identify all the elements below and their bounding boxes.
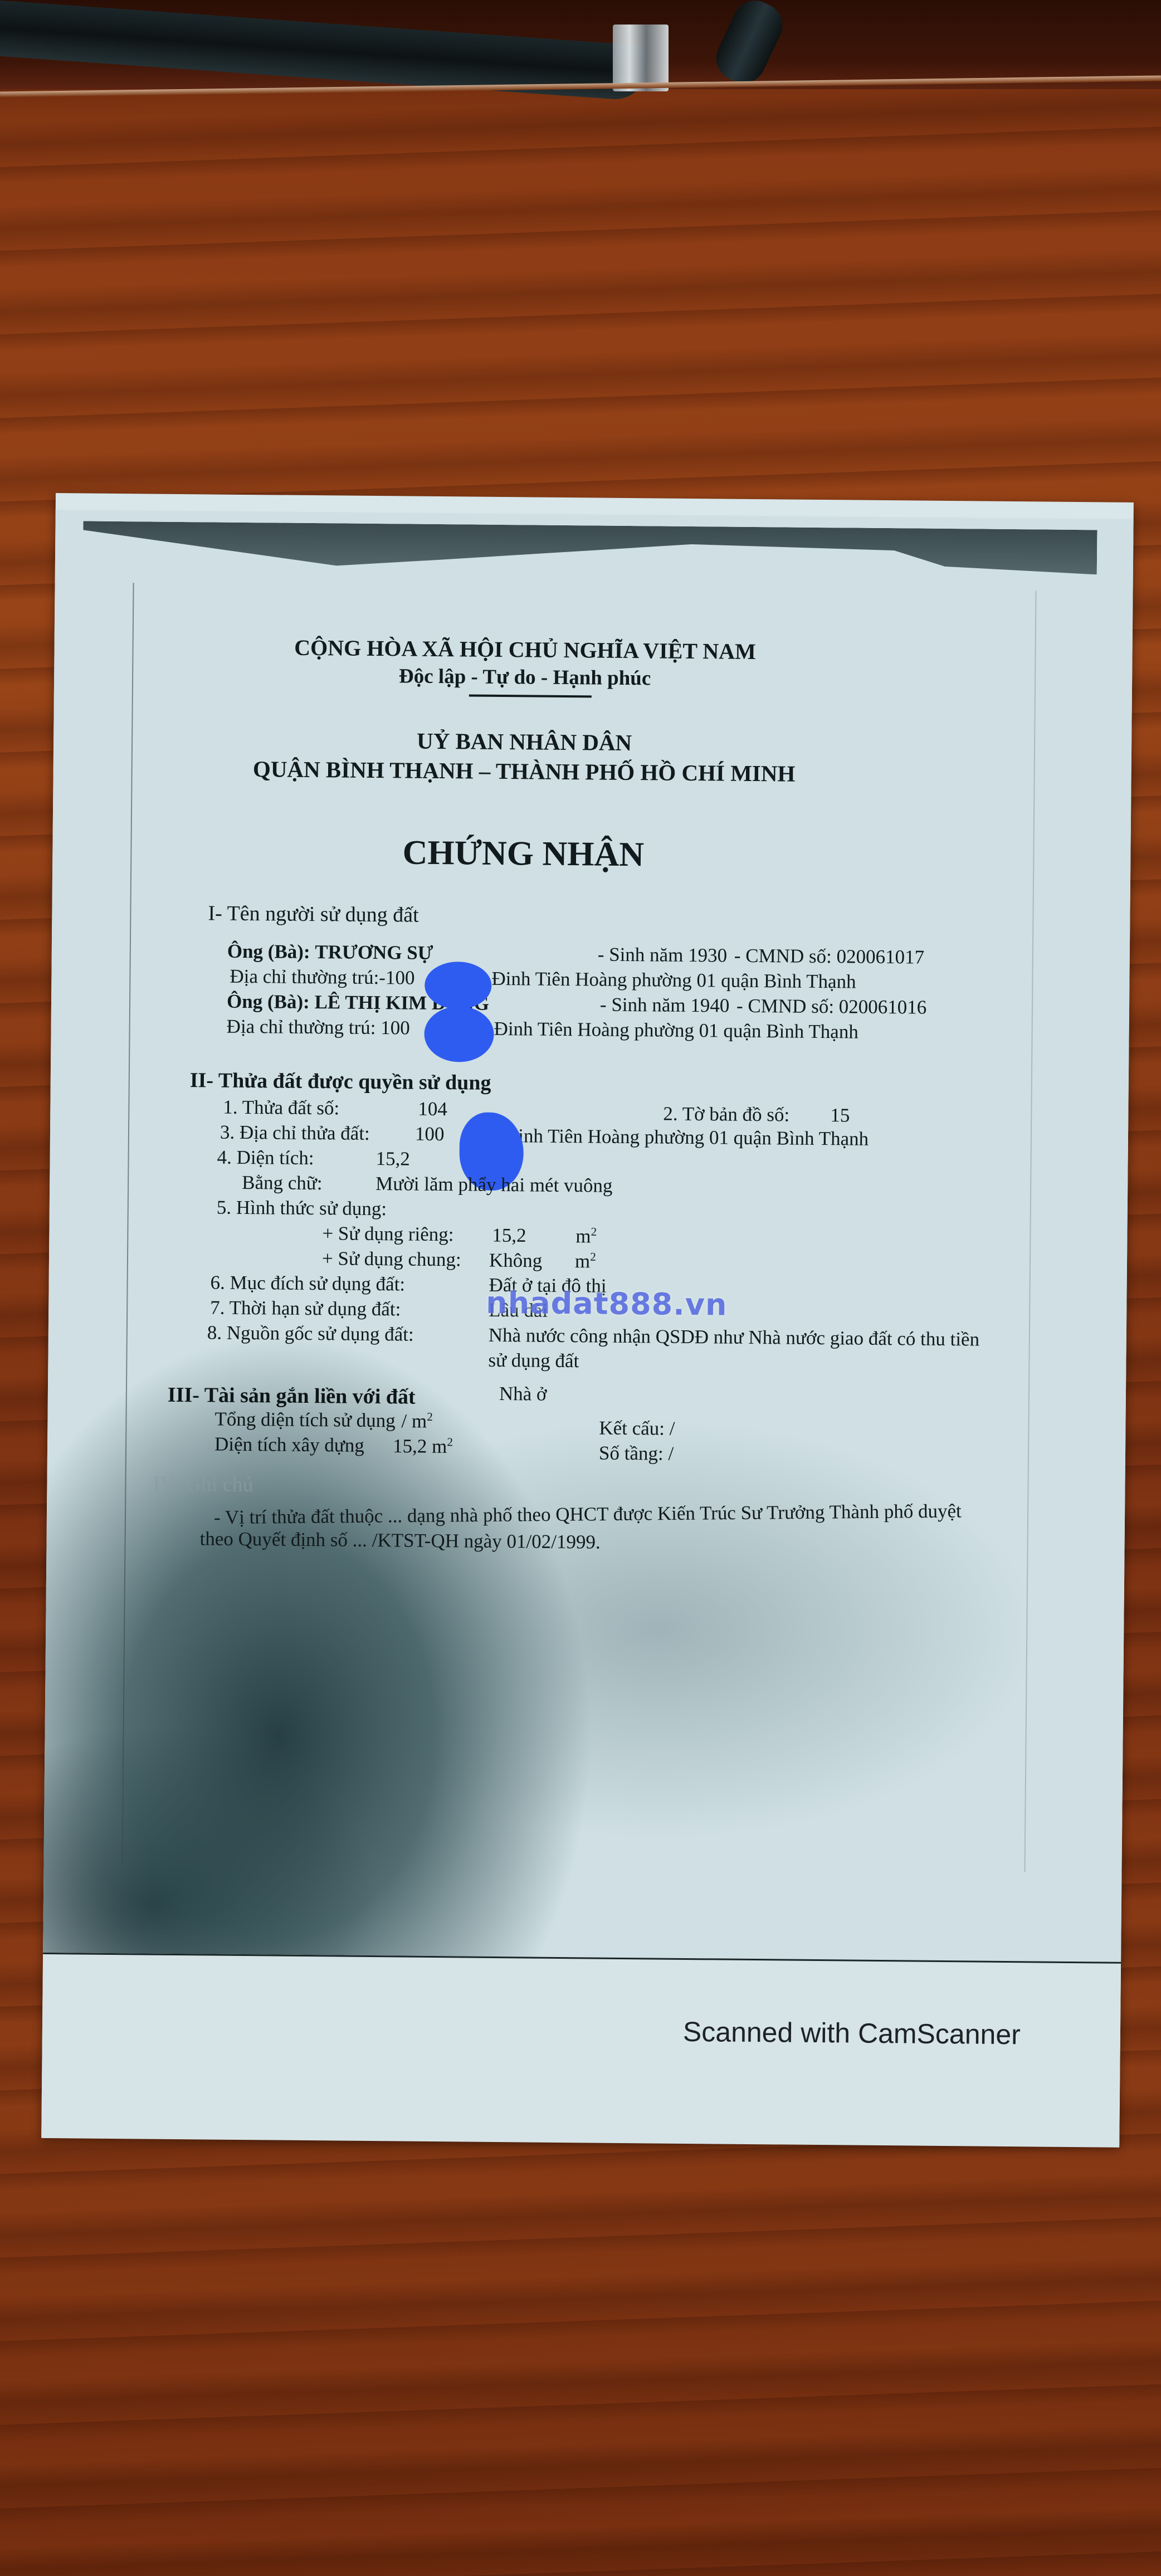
address-label: Địa chỉ thường trú:- <box>230 965 386 988</box>
margin-line <box>1024 591 1036 1872</box>
owner-1-address-street: Đinh Tiên Hoàng phường 01 quận Bình Thạn… <box>491 968 856 993</box>
land-origin-value-line2: sử dụng đất <box>488 1349 579 1372</box>
private-use-value: 15,2 m2 <box>492 1224 597 1247</box>
owner-1-label: Ông (Bà): <box>227 940 310 963</box>
parcel-address-street: Đinh Tiên Hoàng phường 01 quận Bình Thạn… <box>504 1125 869 1150</box>
area-in-words-label: Bằng chữ: <box>242 1172 323 1194</box>
area-in-words-value: Mười lăm phẩy hai mét vuông <box>375 1173 613 1197</box>
common-use-value: Không m2 <box>489 1249 596 1272</box>
scan-footer: Scanned with CamScanner <box>41 1953 1121 2148</box>
scan-shadow-band <box>83 521 1097 574</box>
parcel-address-number: 100 <box>415 1123 445 1145</box>
redaction-blob <box>424 1006 494 1062</box>
area-value: 15,2 <box>375 1148 410 1170</box>
owner-1-name: TRƯƠNG SỰ <box>315 941 433 964</box>
land-origin-value-line1: Nhà nước công nhận QSDĐ như Nhà nước gia… <box>489 1324 980 1351</box>
land-purpose-label: 6. Mục đích sử dụng đất: <box>210 1271 405 1295</box>
owner-2-birth: - Sinh năm 1940 <box>600 994 730 1017</box>
owner-2-id: - CMND số: 020061016 <box>736 995 927 1019</box>
map-sheet-value: 15 <box>830 1104 850 1126</box>
address-label: Địa chỉ thường trú: <box>226 1016 375 1038</box>
redaction-blob <box>425 962 492 1009</box>
camscanner-label: Scanned with CamScanner <box>683 2016 1021 2051</box>
owner-1-id: - CMND số: 020061017 <box>734 945 925 969</box>
structure: Kết cấu: / <box>599 1417 675 1440</box>
private-use-area: 15,2 <box>492 1224 526 1247</box>
section-1-heading: I- Tên người sử dụng đất <box>208 901 419 927</box>
build-area-value: 15,2 m2 <box>393 1435 453 1458</box>
republic-heading: CỘNG HÒA XÃ HỘI CHỦ NGHĨA VIỆT NAM <box>140 633 909 666</box>
total-floor-area-value: / m2 <box>401 1409 433 1432</box>
parcel-address-label: 3. Địa chỉ thửa đất: <box>220 1121 370 1145</box>
address-number: 100 <box>386 967 415 988</box>
build-area-label: Diện tích xây dựng <box>214 1433 364 1457</box>
common-use-area: Không <box>489 1249 543 1271</box>
owner-1-row: Ông (Bà): TRƯƠNG SỰ <box>227 940 433 964</box>
usage-form-label: 5. Hình thức sử dụng: <box>217 1197 387 1221</box>
motto: Độc lập - Tự do - Hạnh phúc <box>140 662 909 692</box>
owner-2-address: Địa chỉ thường trú: 100 <box>226 1016 409 1040</box>
owner-2-label: Ông (Bà): <box>227 991 310 1013</box>
scanned-certificate-paper: CỘNG HÒA XÃ HỘI CHỦ NGHĨA VIỆT NAM Độc l… <box>41 493 1134 2146</box>
private-use-unit: m2 <box>575 1225 597 1247</box>
note-line1: - Vị trí thửa đất thuộc ... dạng nhà phố… <box>214 1500 962 1529</box>
section-2-heading: II- Thửa đất được quyền sử dụng <box>190 1068 491 1095</box>
note-line2: theo Quyết định số ... /KTST-QH ngày 01/… <box>199 1528 600 1553</box>
parcel-number-value: 104 <box>418 1098 447 1120</box>
committee-heading: UỶ BAN NHÂN DÂN <box>140 725 909 758</box>
total-floor-area-label: Tổng diện tích sử dụng <box>214 1408 396 1432</box>
district-heading: QUẬN BÌNH THẠNH – THÀNH PHỐ HỒ CHÍ MINH <box>139 754 908 788</box>
parcel-number-label: 1. Thửa đất số: <box>223 1096 339 1120</box>
document-title: CHỨNG NHẬN <box>139 831 908 877</box>
owner-1-birth: - Sinh năm 1930 <box>598 944 728 967</box>
metal-clip <box>613 25 669 91</box>
owner-2-address-street: Đinh Tiên Hoàng phường 01 quận Bình Thạn… <box>494 1018 858 1043</box>
owner-1-address: Địa chỉ thường trú:-100 <box>230 965 414 989</box>
land-term-label: 7. Thời hạn sử dụng đất: <box>210 1296 401 1320</box>
floors: Số tầng: / <box>599 1442 674 1465</box>
asset-value: Nhà ở <box>499 1383 547 1406</box>
section-4-heading: IV- Ghi chú <box>153 1472 253 1497</box>
margin-line <box>122 583 134 1864</box>
common-use-label: + Sử dụng chung: <box>322 1247 461 1271</box>
motto-underline <box>469 694 592 697</box>
site-watermark: nhadat888.vn <box>486 1285 728 1323</box>
area-label: 4. Diện tích: <box>217 1146 314 1170</box>
map-sheet-label: 2. Tờ bản đồ số: <box>663 1103 789 1126</box>
common-use-unit: m2 <box>575 1250 596 1272</box>
address-number: 100 <box>381 1017 410 1038</box>
private-use-label: + Sử dụng riêng: <box>322 1222 453 1246</box>
scanned-page: CỘNG HÒA XÃ HỘI CHỦ NGHĨA VIỆT NAM Độc l… <box>43 510 1134 1962</box>
land-origin-label: 8. Nguồn gốc sử dụng đất: <box>207 1321 414 1345</box>
section-3-heading: III- Tài sản gắn liền với đất <box>168 1383 416 1409</box>
